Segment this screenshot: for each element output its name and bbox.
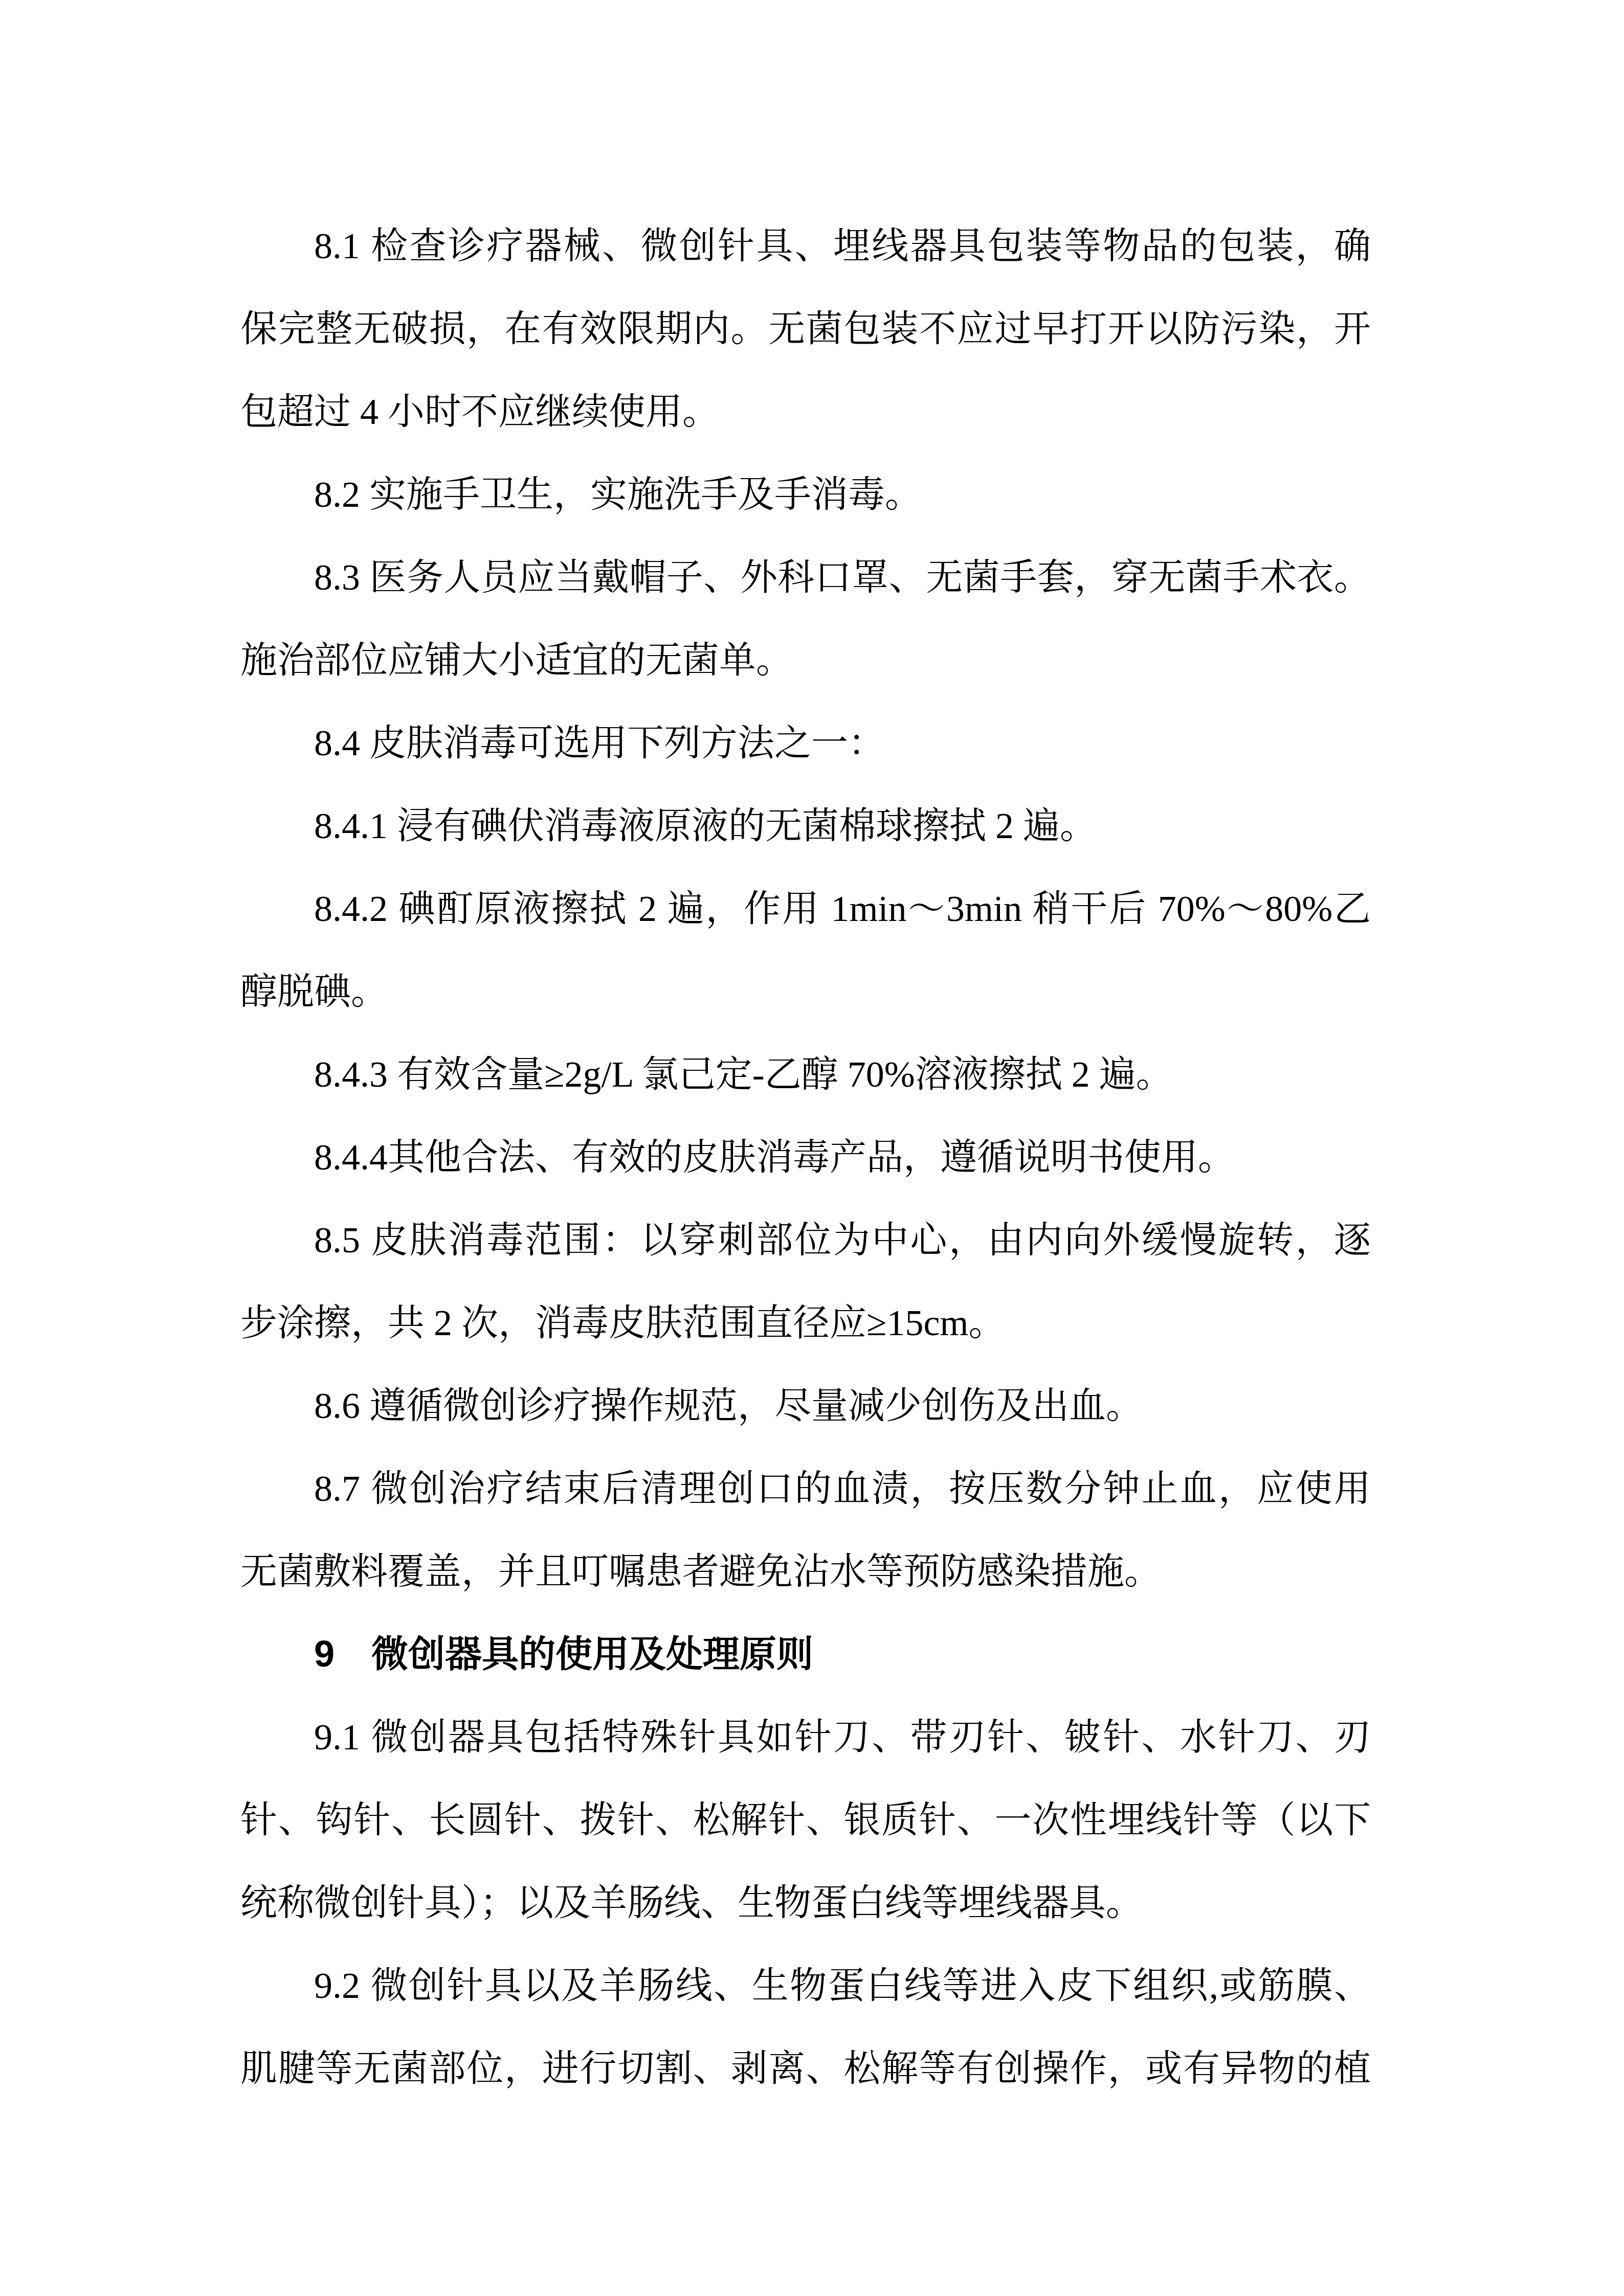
text-line: 8.3 医务人员应当戴帽子、外科口罩、无菌手套，穿无菌手术衣。: [240, 536, 1371, 619]
text-line: 统称微创针具）；以及羊肠线、生物蛋白线等埋线器具。: [240, 1861, 1371, 1944]
text-line: 8.7 微创治疗结束后清理创口的血渍，按压数分钟止血，应使用: [240, 1447, 1371, 1530]
text-line: 8.6 遵循微创诊疗操作规范，尽量减少创伤及出血。: [240, 1364, 1371, 1447]
text-line: 肌腱等无菌部位，进行切割、剥离、松解等有创操作，或有异物的植: [240, 2027, 1371, 2110]
paragraph: 8.5 皮肤消毒范围：以穿刺部位为中心，由内向外缓慢旋转，逐步涂擦，共 2 次，…: [240, 1199, 1371, 1364]
heading-line: 9 微创器具的使用及处理原则: [240, 1613, 1371, 1696]
document-body: 8.1 检查诊疗器械、微创针具、埋线器具包装等物品的包装，确保完整无破损，在有效…: [240, 205, 1371, 2110]
text-line: 9.1 微创器具包括特殊针具如针刀、带刃针、铍针、水针刀、刃: [240, 1696, 1371, 1779]
text-line: 8.4 皮肤消毒可选用下列方法之一：: [240, 702, 1371, 784]
text-line: 8.4.1 浸有碘伏消毒液原液的无菌棉球擦拭 2 遍。: [240, 784, 1371, 867]
text-line: 8.5 皮肤消毒范围：以穿刺部位为中心，由内向外缓慢旋转，逐: [240, 1199, 1371, 1281]
paragraph: 8.4.1 浸有碘伏消毒液原液的无菌棉球擦拭 2 遍。: [240, 784, 1371, 867]
text-line: 8.4.4其他合法、有效的皮肤消毒产品，遵循说明书使用。: [240, 1116, 1371, 1199]
text-line: 包超过 4 小时不应继续使用。: [240, 370, 1371, 453]
text-line: 针、钩针、长圆针、拨针、松解针、银质针、一次性埋线针等（以下: [240, 1779, 1371, 1861]
text-line: 8.4.2 碘酊原液擦拭 2 遍，作用 1min～3min 稍干后 70%～80…: [240, 867, 1371, 950]
paragraph: 9.1 微创器具包括特殊针具如针刀、带刃针、铍针、水针刀、刃针、钩针、长圆针、拨…: [240, 1696, 1371, 1944]
paragraph: 8.4.2 碘酊原液擦拭 2 遍，作用 1min～3min 稍干后 70%～80…: [240, 867, 1371, 1033]
paragraph: 8.3 医务人员应当戴帽子、外科口罩、无菌手套，穿无菌手术衣。施治部位应铺大小适…: [240, 536, 1371, 702]
paragraph: 9.2 微创针具以及羊肠线、生物蛋白线等进入皮下组织,或筋膜、肌腱等无菌部位，进…: [240, 1944, 1371, 2110]
text-line: 醇脱碘。: [240, 950, 1371, 1033]
paragraph: 8.6 遵循微创诊疗操作规范，尽量减少创伤及出血。: [240, 1364, 1371, 1447]
text-line: 无菌敷料覆盖，并且叮嘱患者避免沾水等预防感染措施。: [240, 1530, 1371, 1613]
paragraph: 8.4.3 有效含量≥2g/L 氯己定-乙醇 70%溶液擦拭 2 遍。: [240, 1033, 1371, 1116]
text-line: 施治部位应铺大小适宜的无菌单。: [240, 619, 1371, 702]
section-heading: 9 微创器具的使用及处理原则: [240, 1613, 1371, 1696]
text-line: 8.1 检查诊疗器械、微创针具、埋线器具包装等物品的包装，确: [240, 205, 1371, 287]
text-line: 保完整无破损，在有效限期内。无菌包装不应过早打开以防污染，开: [240, 287, 1371, 370]
text-line: 8.4.3 有效含量≥2g/L 氯己定-乙醇 70%溶液擦拭 2 遍。: [240, 1033, 1371, 1116]
paragraph: 8.7 微创治疗结束后清理创口的血渍，按压数分钟止血，应使用无菌敷料覆盖，并且叮…: [240, 1447, 1371, 1613]
paragraph: 8.4 皮肤消毒可选用下列方法之一：: [240, 702, 1371, 784]
paragraph: 8.4.4其他合法、有效的皮肤消毒产品，遵循说明书使用。: [240, 1116, 1371, 1199]
paragraph: 8.1 检查诊疗器械、微创针具、埋线器具包装等物品的包装，确保完整无破损，在有效…: [240, 205, 1371, 453]
text-line: 8.2 实施手卫生，实施洗手及手消毒。: [240, 453, 1371, 536]
text-line: 9.2 微创针具以及羊肠线、生物蛋白线等进入皮下组织,或筋膜、: [240, 1944, 1371, 2027]
text-line: 步涂擦，共 2 次，消毒皮肤范围直径应≥15cm。: [240, 1281, 1371, 1364]
document-page: 8.1 检查诊疗器械、微创针具、埋线器具包装等物品的包装，确保完整无破损，在有效…: [0, 0, 1624, 2296]
paragraph: 8.2 实施手卫生，实施洗手及手消毒。: [240, 453, 1371, 536]
